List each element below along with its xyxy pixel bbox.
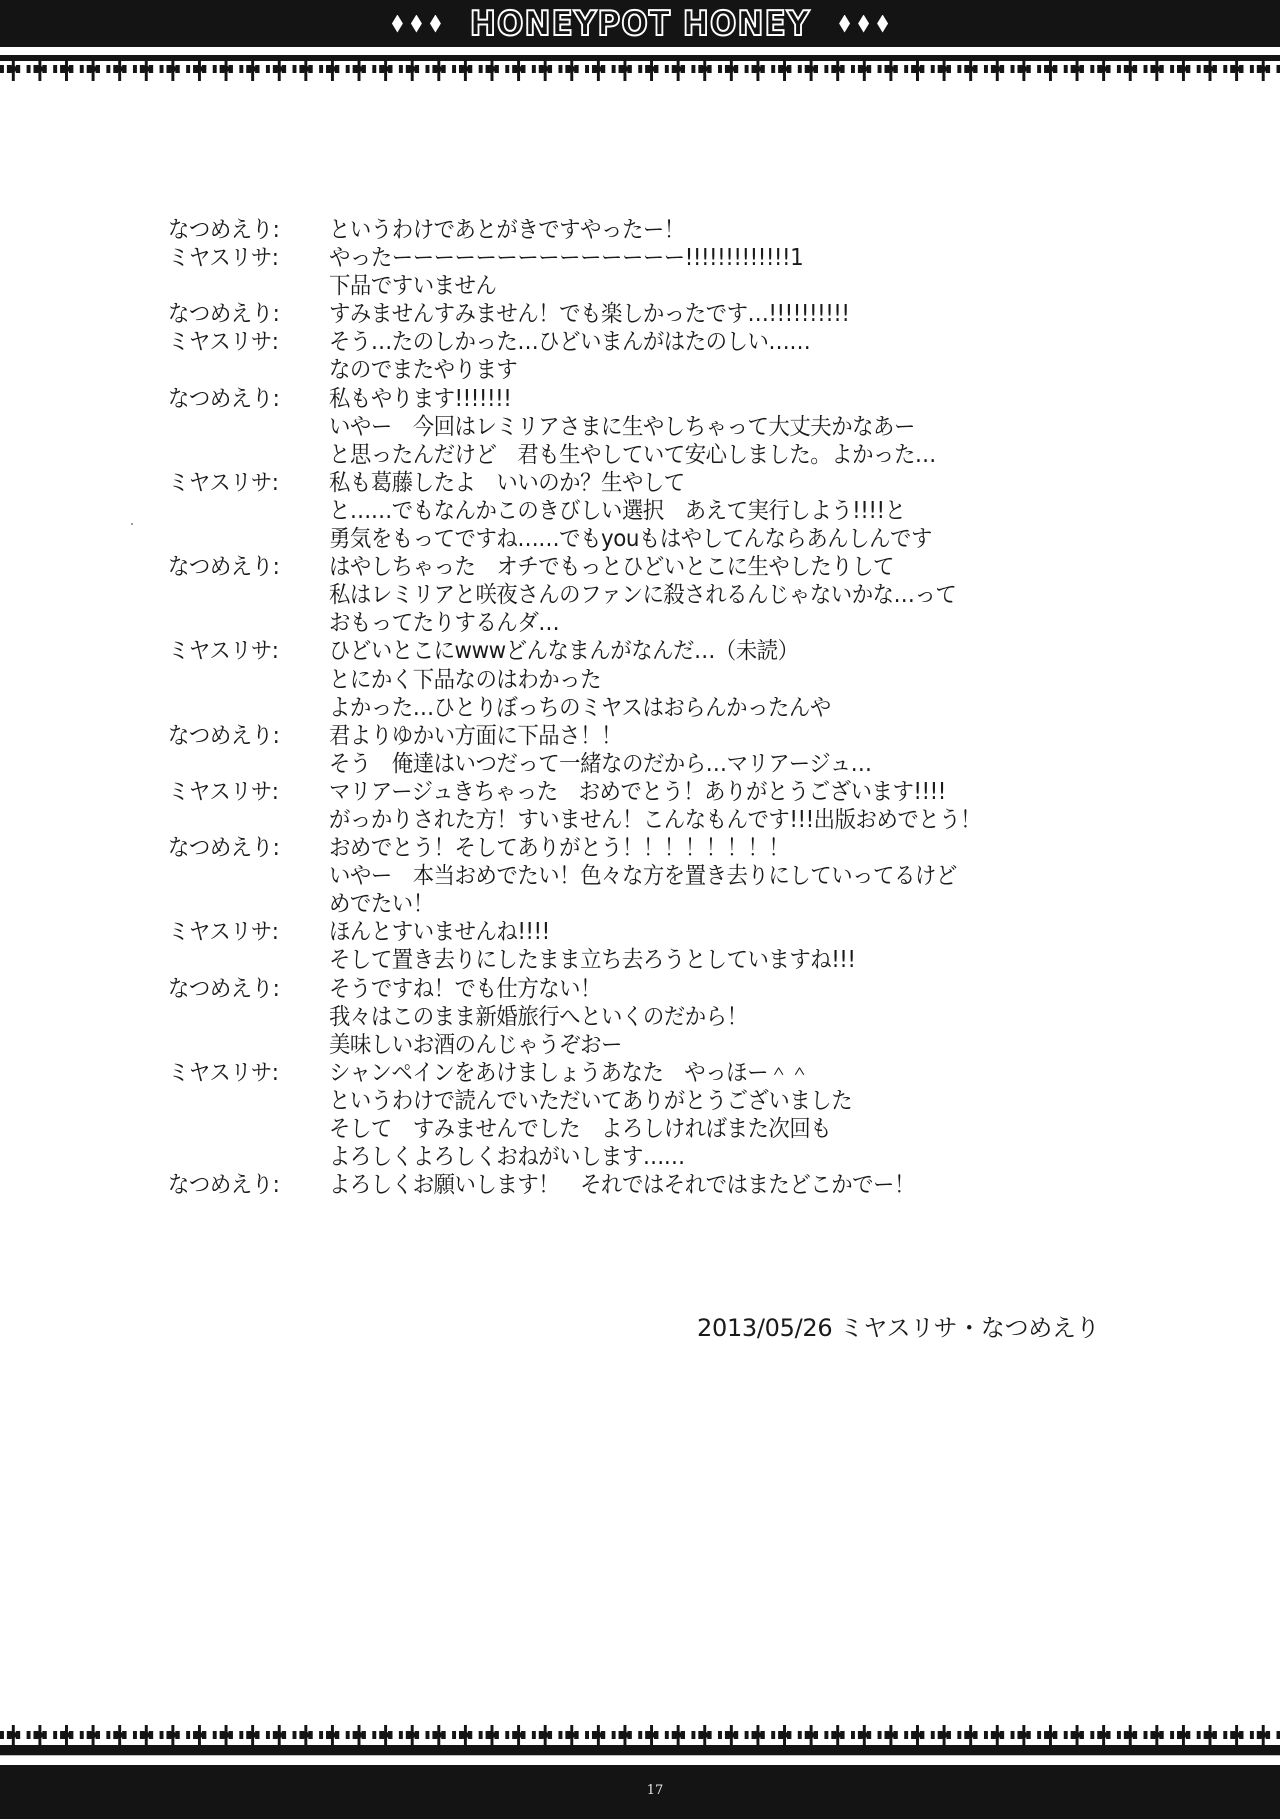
footer-bar: 17 bbox=[0, 1765, 1280, 1819]
speaker-name: なつめえり: bbox=[168, 722, 318, 750]
dialogue-text: なのでまたやります bbox=[329, 356, 517, 384]
dialogue-line: 我々はこのまま新婚旅行へといくのだから！ bbox=[168, 1003, 1030, 1031]
dialogue-text: よろしくお願いします！ それではそれではまたどこかでー！ bbox=[329, 1171, 915, 1199]
dialogue-line: なつめえり:そうですね！でも仕方ない！ bbox=[168, 975, 1030, 1003]
afterword-dialogue: なつめえり:というわけであとがきですやったー！ミヤスリサ:やったーーーーーーーー… bbox=[168, 216, 1030, 1199]
dialogue-line: がっかりされた方！すいません！こんなもんです!!!出版おめでとう！ bbox=[168, 806, 1030, 834]
dialogue-text: そうですね！でも仕方ない！ bbox=[329, 975, 601, 1003]
dialogue-text: シャンペインをあけましょうあなた やっほー＾＾ bbox=[329, 1059, 810, 1087]
dialogue-line: と……でもなんかこのきびしい選択 あえて実行しよう!!!!と bbox=[168, 497, 1030, 525]
speaker-name bbox=[168, 497, 318, 525]
dialogue-line: ミヤスリサ:シャンペインをあけましょうあなた やっほー＾＾ bbox=[168, 1059, 1030, 1087]
dialogue-text: よかった…ひとりぼっちのミヤスはおらんかったんや bbox=[329, 694, 831, 722]
speaker-name: ミヤスリサ: bbox=[168, 637, 318, 665]
speaker-name bbox=[168, 946, 318, 974]
ornament-band bbox=[0, 1745, 1280, 1755]
speaker-name bbox=[168, 1087, 318, 1115]
dialogue-text: 私はレミリアと咲夜さんのファンに殺されるんじゃないかな…って bbox=[329, 581, 956, 609]
speaker-name bbox=[168, 890, 318, 918]
bottom-lace-ornament bbox=[0, 1725, 1280, 1755]
dialogue-text: ほんとすいませんね!!!! bbox=[329, 918, 550, 946]
dialogue-text: おもってたりするんダ… bbox=[329, 609, 559, 637]
top-lace-ornament bbox=[0, 55, 1280, 85]
dialogue-line: よかった…ひとりぼっちのミヤスはおらんかったんや bbox=[168, 694, 1030, 722]
dialogue-text: がっかりされた方！すいません！こんなもんです!!!出版おめでとう！ bbox=[329, 806, 981, 834]
dialogue-text: そう…たのしかった…ひどいまんがはたのしい…… bbox=[329, 328, 810, 356]
speaker-name bbox=[168, 441, 318, 469]
dialogue-text: と思ったんだけど 君も生やしていて安心しました。よかった… bbox=[329, 441, 936, 469]
speaker-name bbox=[168, 1031, 318, 1059]
dialogue-text: そう 俺達はいつだって一緒なのだから…マリアージュ… bbox=[329, 750, 872, 778]
speaker-name: ミヤスリサ: bbox=[168, 469, 318, 497]
speaker-name bbox=[168, 1003, 318, 1031]
speaker-name bbox=[168, 750, 318, 778]
dialogue-line: よろしくよろしくおねがいします…… bbox=[168, 1143, 1030, 1171]
diamond-icon bbox=[858, 15, 869, 33]
speaker-name bbox=[168, 413, 318, 441]
dialogue-text: とにかく下品なのはわかった bbox=[329, 666, 601, 694]
scan-speck bbox=[131, 523, 133, 525]
diamond-icon bbox=[430, 15, 441, 33]
dialogue-line: いやー 本当おめでたい！色々な方を置き去りにしていってるけど bbox=[168, 862, 1030, 890]
diamond-icon bbox=[411, 15, 422, 33]
dialogue-line: なつめえり:はやしちゃった オチでもっとひどいとこに生やしたりして bbox=[168, 553, 1030, 581]
speaker-name: なつめえり: bbox=[168, 834, 318, 862]
dialogue-text: というわけであとがきですやったー！ bbox=[329, 216, 685, 244]
dialogue-line: 美味しいお酒のんじゃうぞおー bbox=[168, 1031, 1030, 1059]
dialogue-line: ミヤスリサ:ひどいとこにwwwどんなまんがなんだ…（未読） bbox=[168, 637, 1030, 665]
dialogue-line: そして すみませんでした よろしければまた次回も bbox=[168, 1115, 1030, 1143]
speaker-name: なつめえり: bbox=[168, 300, 318, 328]
dialogue-line: なつめえり:おめでとう！そしてありがとう！！！！！！！！ bbox=[168, 834, 1030, 862]
dialogue-line: というわけで読んでいただいてありがとうございました bbox=[168, 1087, 1030, 1115]
dialogue-text: やったーーーーーーーーーーーーーー!!!!!!!!!!!!!1 bbox=[329, 244, 803, 272]
dialogue-line: めでたい！ bbox=[168, 890, 1030, 918]
dialogue-text: よろしくよろしくおねがいします…… bbox=[329, 1143, 685, 1171]
speaker-name bbox=[168, 581, 318, 609]
header-bar: HONEYPOT HONEY bbox=[0, 0, 1280, 47]
speaker-name: なつめえり: bbox=[168, 553, 318, 581]
dialogue-text: はやしちゃった オチでもっとひどいとこに生やしたりして bbox=[329, 553, 894, 581]
dialogue-line: なつめえり:というわけであとがきですやったー！ bbox=[168, 216, 1030, 244]
dialogue-line: なつめえり:よろしくお願いします！ それではそれではまたどこかでー！ bbox=[168, 1171, 1030, 1199]
left-diamond-ornament bbox=[392, 15, 441, 33]
page-title: HONEYPOT HONEY bbox=[470, 7, 811, 41]
dialogue-line: ミヤスリサ:ほんとすいませんね!!!! bbox=[168, 918, 1030, 946]
dialogue-line: いやー 今回はレミリアさまに生やしちゃって大丈夫かなあー bbox=[168, 413, 1030, 441]
dialogue-line: なつめえり:君よりゆかい方面に下品さ！！ bbox=[168, 722, 1030, 750]
dialogue-text: というわけで読んでいただいてありがとうございました bbox=[329, 1087, 852, 1115]
dialogue-text: 勇気をもってですね……でもyouもはやしてんならあんしんです bbox=[329, 525, 932, 553]
header-title-group: HONEYPOT HONEY bbox=[392, 7, 888, 41]
dialogue-text: めでたい！ bbox=[329, 890, 434, 918]
speaker-name bbox=[168, 666, 318, 694]
dialogue-text: すみませんすみません！でも楽しかったです…!!!!!!!!!! bbox=[329, 300, 850, 328]
speaker-name: ミヤスリサ: bbox=[168, 1059, 318, 1087]
dialogue-line: なのでまたやります bbox=[168, 356, 1030, 384]
speaker-name: なつめえり: bbox=[168, 975, 318, 1003]
dialogue-text: と……でもなんかこのきびしい選択 あえて実行しよう!!!!と bbox=[329, 497, 905, 525]
diamond-icon bbox=[392, 15, 403, 33]
dialogue-text: 我々はこのまま新婚旅行へといくのだから！ bbox=[329, 1003, 748, 1031]
speaker-name: ミヤスリサ: bbox=[168, 328, 318, 356]
dialogue-line: なつめえり:私もやります!!!!!!! bbox=[168, 385, 1030, 413]
dialogue-line: 勇気をもってですね……でもyouもはやしてんならあんしんです bbox=[168, 525, 1030, 553]
speaker-name bbox=[168, 862, 318, 890]
dialogue-line: なつめえり:すみませんすみません！でも楽しかったです…!!!!!!!!!! bbox=[168, 300, 1030, 328]
speaker-name: なつめえり: bbox=[168, 1171, 318, 1199]
dialogue-line: 下品ですいません bbox=[168, 272, 1030, 300]
speaker-name: なつめえり: bbox=[168, 216, 318, 244]
speaker-name: ミヤスリサ: bbox=[168, 244, 318, 272]
dialogue-text: そして置き去りにしたまま立ち去ろうとしていますね!!! bbox=[329, 946, 856, 974]
dialogue-line: と思ったんだけど 君も生やしていて安心しました。よかった… bbox=[168, 441, 1030, 469]
right-diamond-ornament bbox=[839, 15, 888, 33]
speaker-name bbox=[168, 609, 318, 637]
signature-line: 2013/05/26 ミヤスリサ・なつめえり bbox=[697, 1308, 1099, 1343]
speaker-name bbox=[168, 356, 318, 384]
speaker-name bbox=[168, 272, 318, 300]
dialogue-text: 美味しいお酒のんじゃうぞおー bbox=[329, 1031, 622, 1059]
diamond-icon bbox=[877, 15, 888, 33]
dialogue-line: ミヤスリサ:マリアージュきちゃった おめでとう！ありがとうございます!!!! bbox=[168, 778, 1030, 806]
dialogue-text: おめでとう！そしてありがとう！！！！！！！！ bbox=[329, 834, 789, 862]
lace-pattern-icon bbox=[0, 1725, 1280, 1747]
speaker-name bbox=[168, 694, 318, 722]
dialogue-line: とにかく下品なのはわかった bbox=[168, 666, 1030, 694]
page-number: 17 bbox=[647, 1783, 664, 1819]
dialogue-text: 私も葛藤したよ いいのか？生やして bbox=[329, 469, 685, 497]
speaker-name: ミヤスリサ: bbox=[168, 918, 318, 946]
dialogue-text: 君よりゆかい方面に下品さ！！ bbox=[329, 722, 622, 750]
dialogue-text: 私もやります!!!!!!! bbox=[329, 385, 511, 413]
dialogue-line: 私はレミリアと咲夜さんのファンに殺されるんじゃないかな…って bbox=[168, 581, 1030, 609]
diamond-icon bbox=[839, 15, 850, 33]
dialogue-line: そして置き去りにしたまま立ち去ろうとしていますね!!! bbox=[168, 946, 1030, 974]
speaker-name bbox=[168, 806, 318, 834]
dialogue-text: 下品ですいません bbox=[329, 272, 496, 300]
dialogue-line: ミヤスリサ:やったーーーーーーーーーーーーーー!!!!!!!!!!!!!1 bbox=[168, 244, 1030, 272]
speaker-name: なつめえり: bbox=[168, 385, 318, 413]
speaker-name bbox=[168, 525, 318, 553]
dialogue-line: ミヤスリサ:私も葛藤したよ いいのか？生やして bbox=[168, 469, 1030, 497]
dialogue-text: そして すみませんでした よろしければまた次回も bbox=[329, 1115, 831, 1143]
dialogue-text: いやー 本当おめでたい！色々な方を置き去りにしていってるけど bbox=[329, 862, 957, 890]
lace-pattern-icon bbox=[0, 59, 1280, 81]
dialogue-line: おもってたりするんダ… bbox=[168, 609, 1030, 637]
footer-divider bbox=[0, 1755, 1280, 1765]
speaker-name: ミヤスリサ: bbox=[168, 778, 318, 806]
speaker-name bbox=[168, 1115, 318, 1143]
dialogue-line: ミヤスリサ:そう…たのしかった…ひどいまんがはたのしい…… bbox=[168, 328, 1030, 356]
dialogue-line: そう 俺達はいつだって一緒なのだから…マリアージュ… bbox=[168, 750, 1030, 778]
dialogue-text: いやー 今回はレミリアさまに生やしちゃって大丈夫かなあー bbox=[329, 413, 915, 441]
dialogue-text: ひどいとこにwwwどんなまんがなんだ…（未読） bbox=[329, 637, 799, 665]
dialogue-text: マリアージュきちゃった おめでとう！ありがとうございます!!!! bbox=[329, 778, 946, 806]
speaker-name bbox=[168, 1143, 318, 1171]
